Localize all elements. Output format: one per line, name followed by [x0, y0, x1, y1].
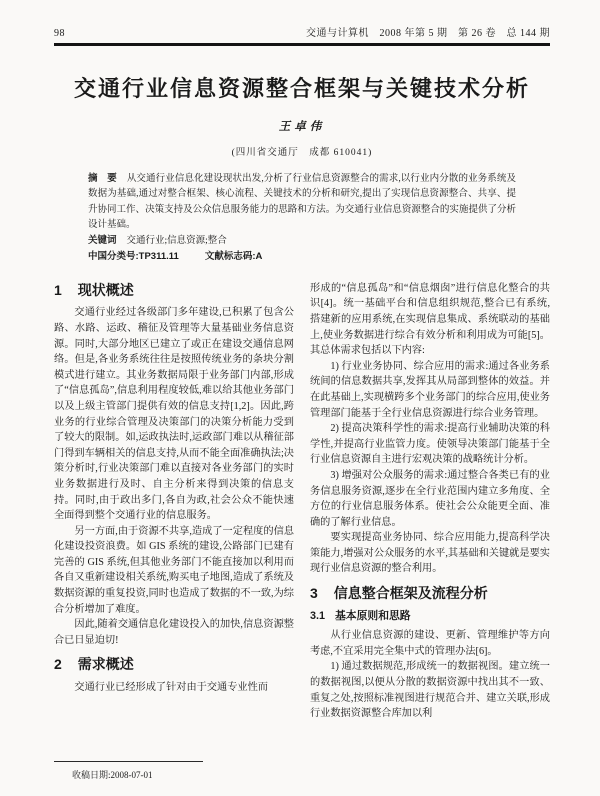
section-title: 现状概述 [78, 282, 134, 298]
footnote: 收稿日期:2008-07-01 [54, 761, 294, 784]
affiliation: (四川省交通厅 成都 610041) [54, 144, 550, 158]
abstract-label: 摘 要 [88, 173, 117, 184]
paragraph: 3) 增强对公众服务的需求:通过整合各类已有的业务信息服务资源,逐步在全行业范围… [310, 468, 550, 530]
section-title: 信息整合框架及流程分析 [334, 585, 488, 601]
doc-code-label: 文献标志码: [205, 251, 256, 262]
page-header: 98 交通与计算机 2008 年第 5 期 第 26 卷 总 144 期 [54, 24, 550, 39]
subsection-title: 基本原则和思路 [335, 610, 411, 622]
paragraph: 从行业信息资源的建设、更新、管理维护等方向考虑,不宜采用完全集中式的管理办法[6… [310, 628, 550, 659]
header-divider [54, 43, 550, 46]
section-heading-2: 2需求概述 [54, 657, 294, 673]
article-title: 交通行业信息资源整合框架与关键技术分析 [54, 72, 550, 103]
footnote-divider [54, 761, 203, 762]
abstract-text: 从交通行业信息化建设现状出发,分析了行业信息资源整合的需求,以行业内分散的业务系… [88, 174, 516, 230]
page-number: 98 [54, 28, 65, 39]
paragraph: 交通行业经过各级部门多年建设,已积累了包含公路、水路、运政、稽征及管理等大量基础… [54, 305, 294, 523]
author-name: 王卓伟 [54, 118, 550, 134]
section-heading-1: 1现状概述 [54, 283, 294, 299]
section-number: 2 [54, 656, 62, 672]
classification-line: 中国分类号:TP311.11文献标志码:A [88, 249, 516, 264]
section-number: 1 [54, 282, 62, 298]
paragraph: 要实现提高业务协同、综合应用能力,提高科学决策能力,增强对公众服务的水平,其基础… [310, 530, 550, 577]
journal-info: 交通与计算机 2008 年第 5 期 第 26 卷 总 144 期 [306, 24, 550, 39]
paragraph: 交通行业已经形成了针对由于交通专业性而 [54, 680, 294, 696]
received-date: 收稿日期:2008-07-01 [54, 768, 294, 784]
right-column: 形成的“信息孤岛”和“信息烟囱”进行信息化整合的共识[4]。统一基础平台和信息组… [310, 281, 550, 784]
keywords-line: 关键词交通行业;信息资源;整合 [88, 233, 516, 249]
article-meta: 摘 要从交通行业信息化建设现状出发,分析了行业信息资源整合的需求,以行业内分散的… [88, 171, 516, 265]
section-heading-3: 3信息整合框架及流程分析 [310, 586, 550, 602]
left-column: 1现状概述 交通行业经过各级部门多年建设,已积累了包含公路、水路、运政、稽征及管… [54, 281, 294, 784]
paragraph: 因此,随着交通信息化建设投入的加快,信息资源整合已日显迫切! [54, 617, 294, 648]
paragraph: 2) 提高决策科学性的需求:提高行业辅助决策的科学性,并提高行业监管力度。使领导… [310, 421, 550, 468]
section-number: 3 [310, 585, 318, 601]
subsection-heading-3-1: 3.1基本原则和思路 [310, 609, 550, 625]
doc-code-value: A [256, 251, 263, 262]
paragraph: 1) 行业业务协同、综合应用的需求:通过各业务系统间的信息数据共享,发挥其从局部… [310, 359, 550, 421]
abstract: 摘 要从交通行业信息化建设现状出发,分析了行业信息资源整合的需求,以行业内分散的… [88, 171, 516, 233]
keywords-text: 交通行业;信息资源;整合 [127, 236, 227, 246]
clc-value: TP311.11 [139, 251, 179, 262]
keywords-label: 关键词 [88, 235, 117, 246]
body-columns: 1现状概述 交通行业经过各级部门多年建设,已积累了包含公路、水路、运政、稽征及管… [54, 281, 550, 784]
paragraph: 另一方面,由于资源不共享,造成了一定程度的信息化建设投资浪费。如 GIS 系统的… [54, 524, 294, 618]
clc-label: 中国分类号: [88, 251, 139, 262]
subsection-number: 3.1 [310, 610, 325, 622]
paragraph: 1) 通过数据规范,形成统一的数据视图。建立统一的数据视图,以便从分散的数据资源… [310, 659, 550, 721]
paper-page: 98 交通与计算机 2008 年第 5 期 第 26 卷 总 144 期 交通行… [0, 0, 600, 796]
paragraph: 形成的“信息孤岛”和“信息烟囱”进行信息化整合的共识[4]。统一基础平台和信息组… [310, 281, 550, 359]
section-title: 需求概述 [78, 656, 134, 672]
